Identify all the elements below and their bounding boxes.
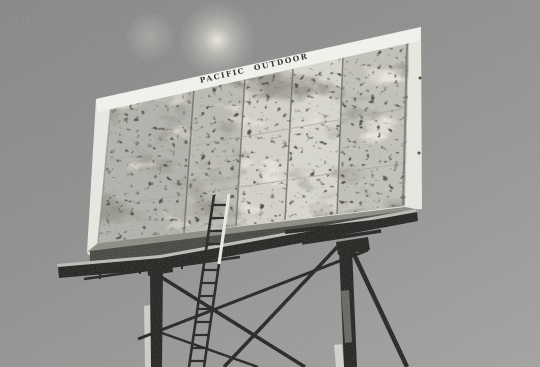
film-grain-overlay [0, 0, 540, 367]
billboard-photograph: PACIFIC OUTDOOR [0, 0, 540, 367]
billboard-structure-drawing [0, 0, 540, 367]
